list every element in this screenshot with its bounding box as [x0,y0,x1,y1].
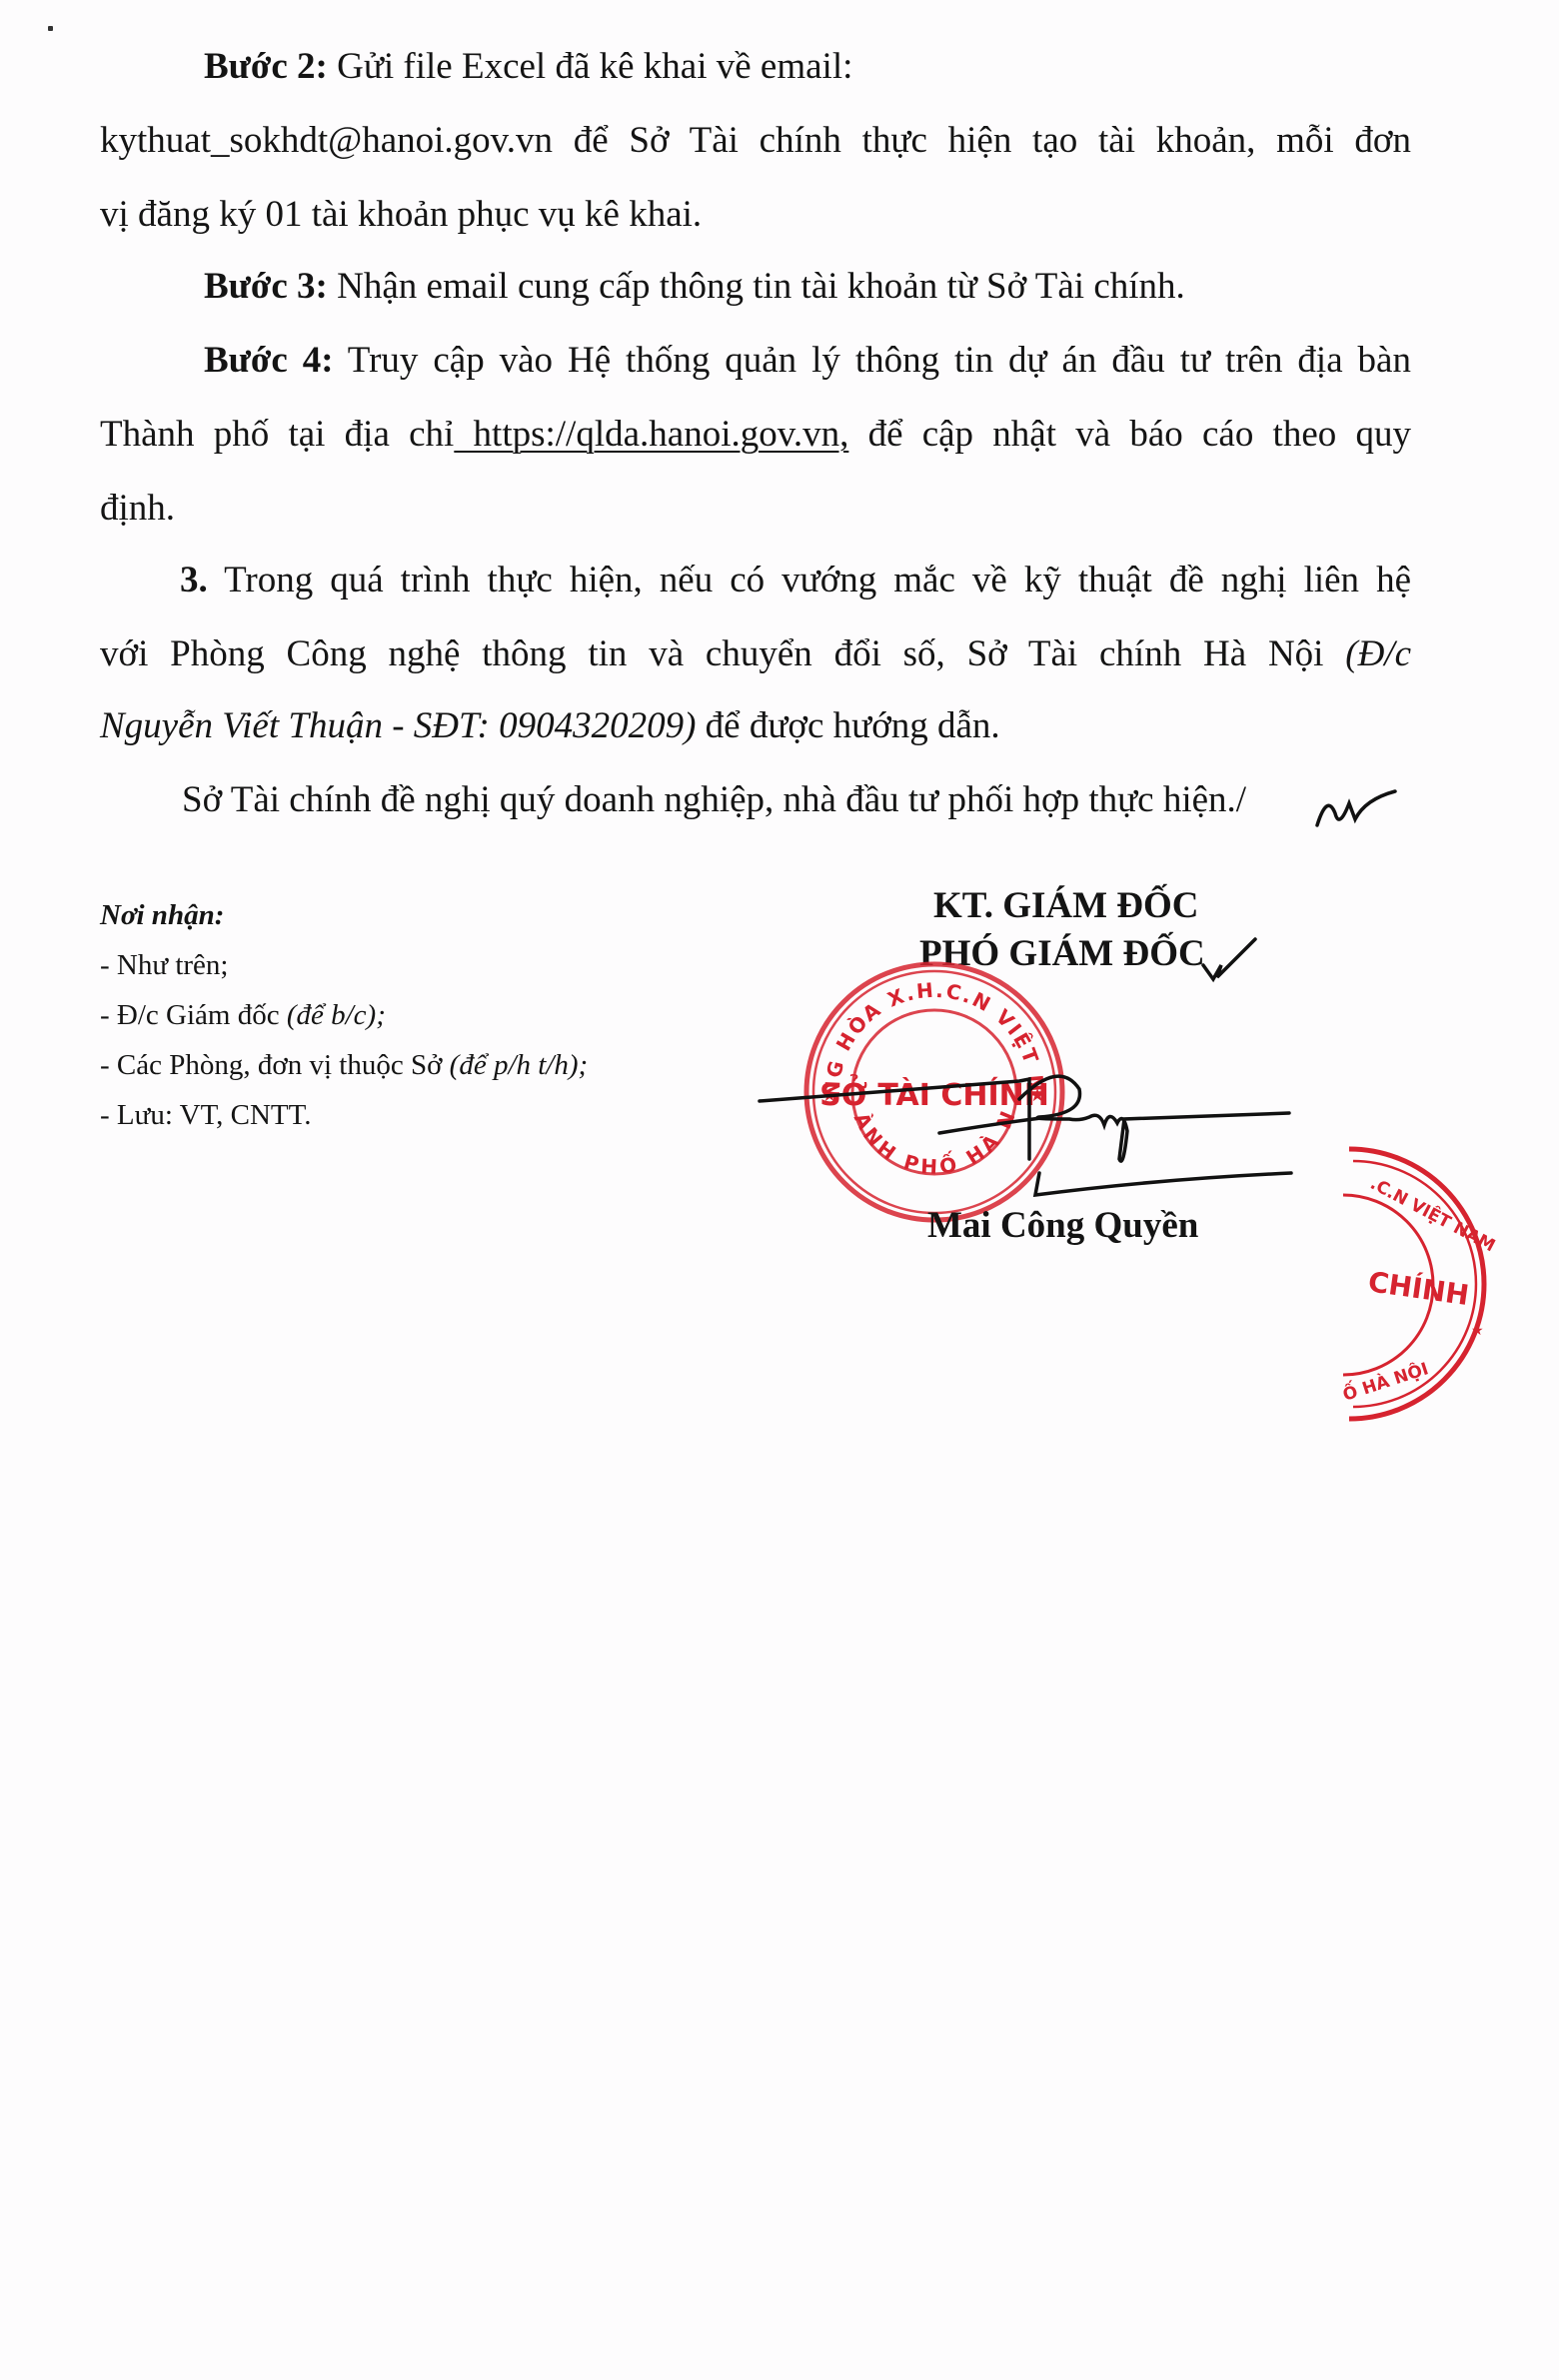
step4-line1: Bước 4: Truy cập vào Hệ thống quản lý th… [204,342,1411,379]
partial-stamp: .C.N VIỆT NAM CHÍNH Ố HÀ NỘI ★ [1339,1139,1559,1429]
recipient-item: - Các Phòng, đơn vị thuộc Sở (để p/h t/h… [100,1051,588,1080]
step4-line3: định. [100,490,1411,527]
qlda-link[interactable]: https://qlda.hanoi.gov.vn, [454,414,848,455]
signer-name: Mai Công Quyền [927,1207,1198,1244]
recipient-note: (để p/h t/h); [450,1049,589,1081]
partial-stamp-top-text: .C.N VIỆT NAM [1367,1172,1500,1256]
step2-line3: vị đăng ký 01 tài khoản phục vụ kê khai. [100,196,1411,233]
scan-speck [48,26,53,31]
document-page: Bước 2: Gửi file Excel đã kê khai về ema… [0,0,1559,2380]
contact-part1: (Đ/c [1345,633,1411,674]
section3-number: 3. [180,560,208,600]
recipient-text: - Đ/c Giám đốc [100,999,287,1031]
section3-suffix: để được hướng dẫn. [696,705,999,746]
section3-line1: 3. Trong quá trình thực hiện, nếu có vướ… [180,562,1411,598]
step2-label: Bước 2: [204,46,328,87]
check-mark [1199,935,1259,985]
handwritten-signature [740,1039,1319,1179]
recipient-note: (để b/c); [287,999,386,1031]
section3-line2-text: với Phòng Công nghệ thông tin và chuyển … [100,633,1345,674]
section3-line2: với Phòng Công nghệ thông tin và chuyển … [100,635,1411,672]
contact-part2: Nguyễn Viết Thuận - SĐT: 0904320209) [100,705,696,746]
step2-line1: Bước 2: Gửi file Excel đã kê khai về ema… [204,48,852,85]
step2-line2: kythuat_sokhdt@hanoi.gov.vn để Sở Tài ch… [100,122,1411,159]
step2-text: Gửi file Excel đã kê khai về email: [328,46,853,87]
stamp-star-icon: ★ [1471,1324,1484,1339]
partial-stamp-center-text: CHÍNH [1366,1264,1471,1312]
section3-line3: Nguyễn Viết Thuận - SĐT: 0904320209) để … [100,707,1411,744]
recipient-item: - Như trên; [100,951,228,980]
recipient-item: - Đ/c Giám đốc (để b/c); [100,1001,386,1030]
step4-suffix: để cập nhật và báo cáo theo quy [848,414,1411,455]
closing-line: Sở Tài chính đề nghị quý doanh nghiệp, n… [182,781,1246,818]
step3-label: Bước 3: [204,266,328,307]
recipient-item: - Lưu: VT, CNTT. [100,1101,311,1130]
step3-text: Nhận email cung cấp thông tin tài khoản … [328,266,1185,307]
recipient-text: - Như trên; [100,949,228,981]
recipient-text: - Các Phòng, đơn vị thuộc Sở [100,1049,450,1081]
step4-prefix: Thành phố tại địa chỉ [100,414,454,455]
signature-title-1: KT. GIÁM ĐỐC [933,887,1199,924]
recipient-text: - Lưu: VT, CNTT. [100,1099,311,1131]
step4-line2: Thành phố tại địa chỉ https://qlda.hanoi… [100,416,1411,453]
step4-label: Bước 4: [204,340,334,381]
initials-mark [1309,785,1399,835]
section3-text: Trong quá trình thực hiện, nếu có vướng … [208,560,1411,600]
step3-line: Bước 3: Nhận email cung cấp thông tin tà… [204,268,1185,305]
step4-text: Truy cập vào Hệ thống quản lý thông tin … [334,340,1411,381]
recipients-heading: Nơi nhận: [100,901,224,930]
